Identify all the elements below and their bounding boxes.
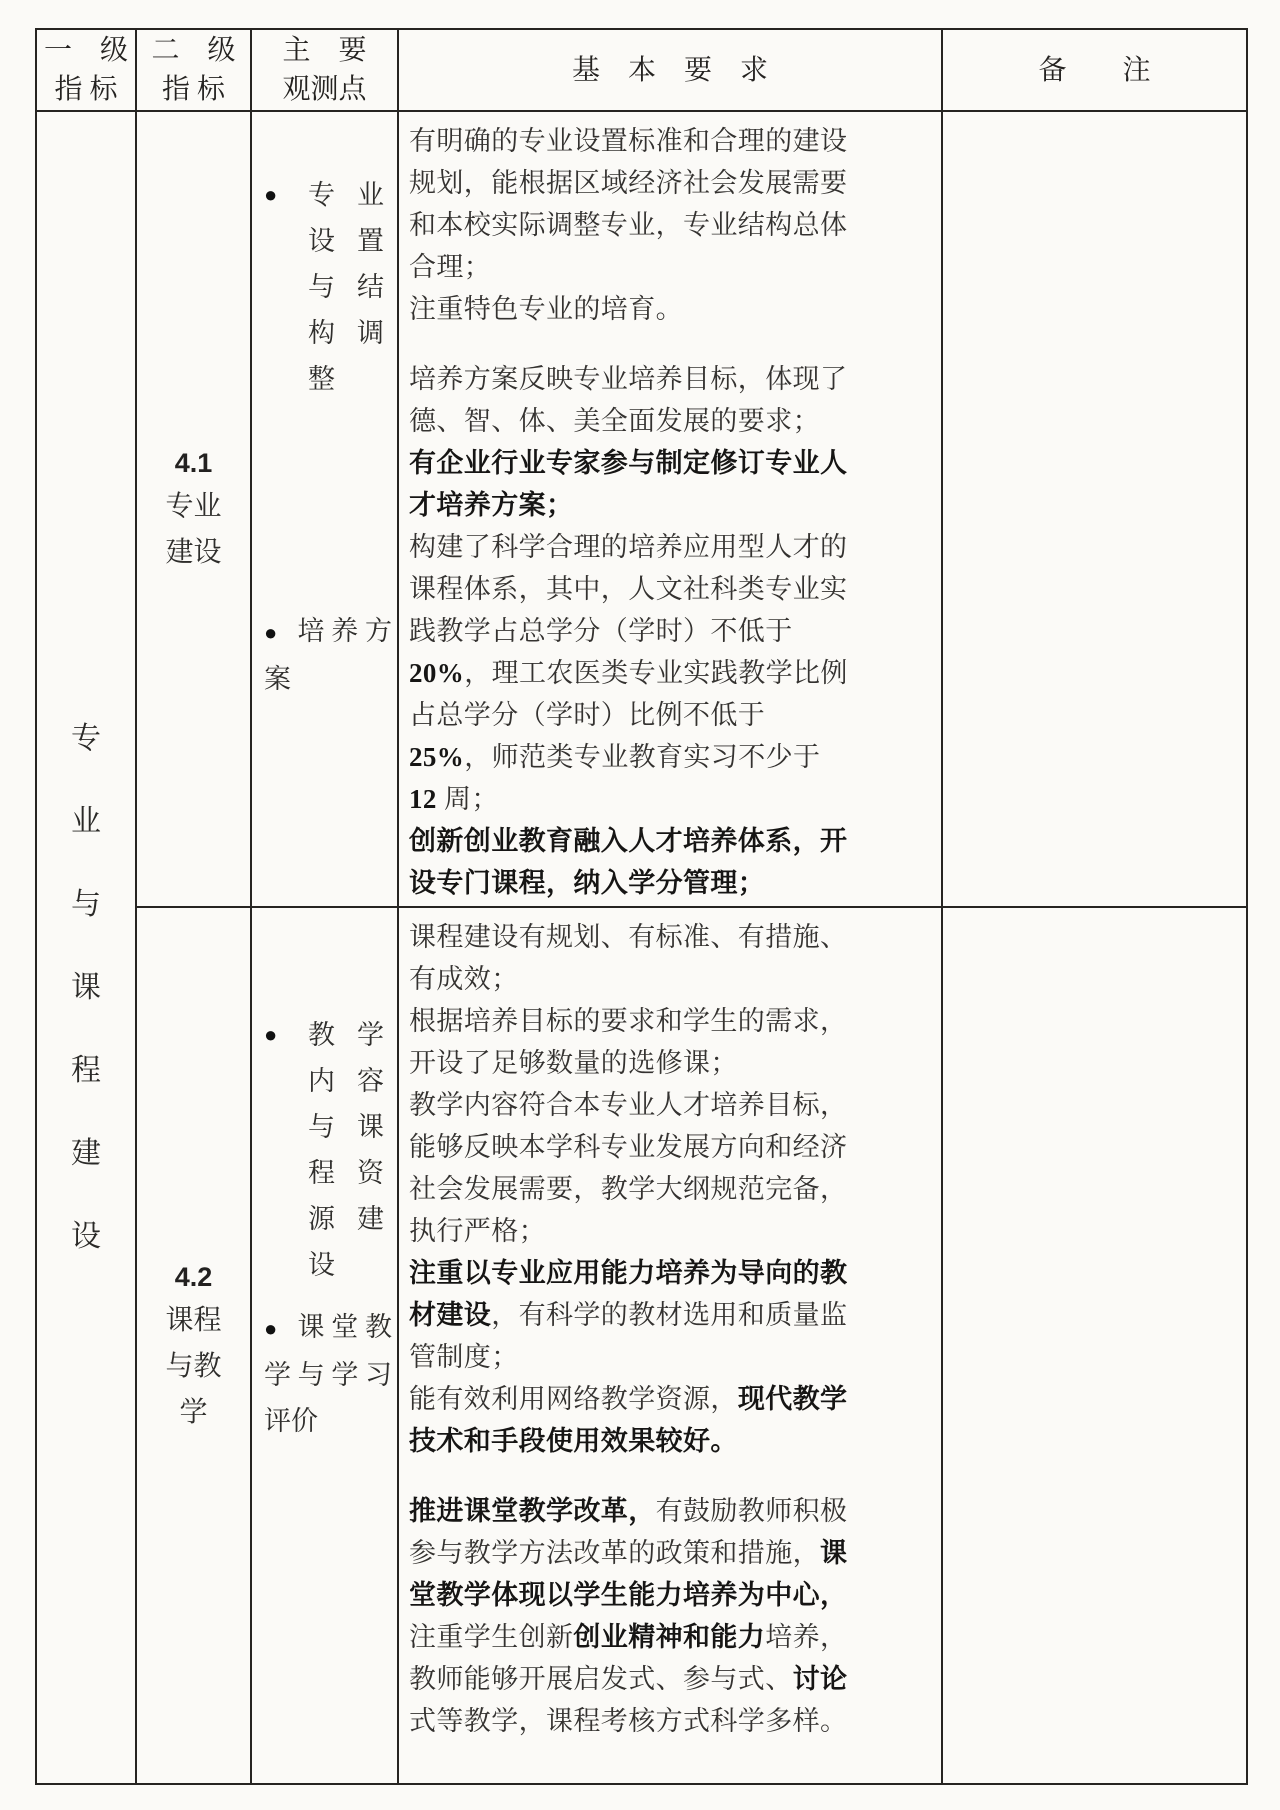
observations-cell-4-2: ● 教学内容与课程资源建设 ● 课堂教学与学习评价 — [252, 908, 399, 1783]
observation-item: ● 培养方案 — [264, 608, 392, 702]
requirement-paragraph: 培养方案反映专业培养目标，体现了德、智、体、美全面发展的要求； 有企业行业专家参… — [409, 358, 851, 908]
observations-cell-4-1: ● 专业设置与结构调整 ● 培养方案 — [252, 112, 399, 908]
observation-label: 专业设置与结构调整 — [308, 172, 384, 402]
header-level1-indicator: 一 级 指 标 — [37, 30, 137, 112]
observation-label: 课堂教学与学习评价 — [264, 1312, 392, 1436]
requirement-paragraph: 有明确的专业设置标准和合理的建设规划，能根据区域经济社会发展需要和本校实际调整专… — [409, 120, 851, 330]
bullet-icon: ● — [264, 1012, 277, 1058]
remark-cell-4-1 — [943, 112, 1246, 908]
observation-label: 培养方案 — [264, 616, 392, 694]
indicator-number: 4.1 — [175, 442, 213, 484]
remark-cell-4-2 — [943, 908, 1246, 1783]
requirements-cell-4-1: 有明确的专业设置标准和合理的建设规划，能根据区域经济社会发展需要和本校实际调整专… — [399, 112, 943, 908]
header-observation-points: 主 要 观测点 — [252, 30, 399, 112]
indicator-label: 专业建设 — [165, 484, 223, 576]
level1-indicator-cell: 专业与课程建设 — [37, 112, 137, 1783]
indicator-label: 课程与教学 — [165, 1298, 223, 1436]
observation-label: 教学内容与课程资源建设 — [308, 1012, 384, 1288]
header-level2-indicator: 二 级 指 标 — [137, 30, 252, 112]
observation-item: ● 课堂教学与学习评价 — [264, 1304, 392, 1444]
bullet-icon: ● — [264, 1316, 284, 1341]
header-remarks: 备 注 — [943, 30, 1246, 112]
observation-item: ● 教学内容与课程资源建设 — [258, 1012, 384, 1288]
indicator-cell-4-2: 4.2 课程与教学 — [137, 908, 252, 1783]
header-basic-requirements: 基 本 要 求 — [399, 30, 943, 112]
requirements-cell-4-2: 课程建设有规划、有标准、有措施、有成效； 根据培养目标的要求和学生的需求，开设了… — [399, 908, 943, 1783]
requirement-paragraph: 课程建设有规划、有标准、有措施、有成效； 根据培养目标的要求和学生的需求，开设了… — [409, 916, 851, 1462]
indicator-number: 4.2 — [175, 1256, 213, 1298]
level1-indicator-label: 专业与课程建设 — [69, 697, 103, 1278]
indicator-cell-4-1: 4.1 专业建设 — [137, 112, 252, 908]
indicator-table: 一 级 指 标 二 级 指 标 主 要 观测点 基 本 要 求 备 注 专业与课… — [35, 28, 1248, 1785]
observation-item: ● 专业设置与结构调整 — [258, 172, 384, 402]
bullet-icon: ● — [264, 620, 284, 645]
bullet-icon: ● — [264, 172, 277, 218]
document-page: 一 级 指 标 二 级 指 标 主 要 观测点 基 本 要 求 备 注 专业与课… — [0, 0, 1280, 1810]
requirement-paragraph: 推进课堂教学改革，有鼓励教师积极参与教学方法改革的政策和措施，课堂教学体现以学生… — [409, 1490, 851, 1742]
